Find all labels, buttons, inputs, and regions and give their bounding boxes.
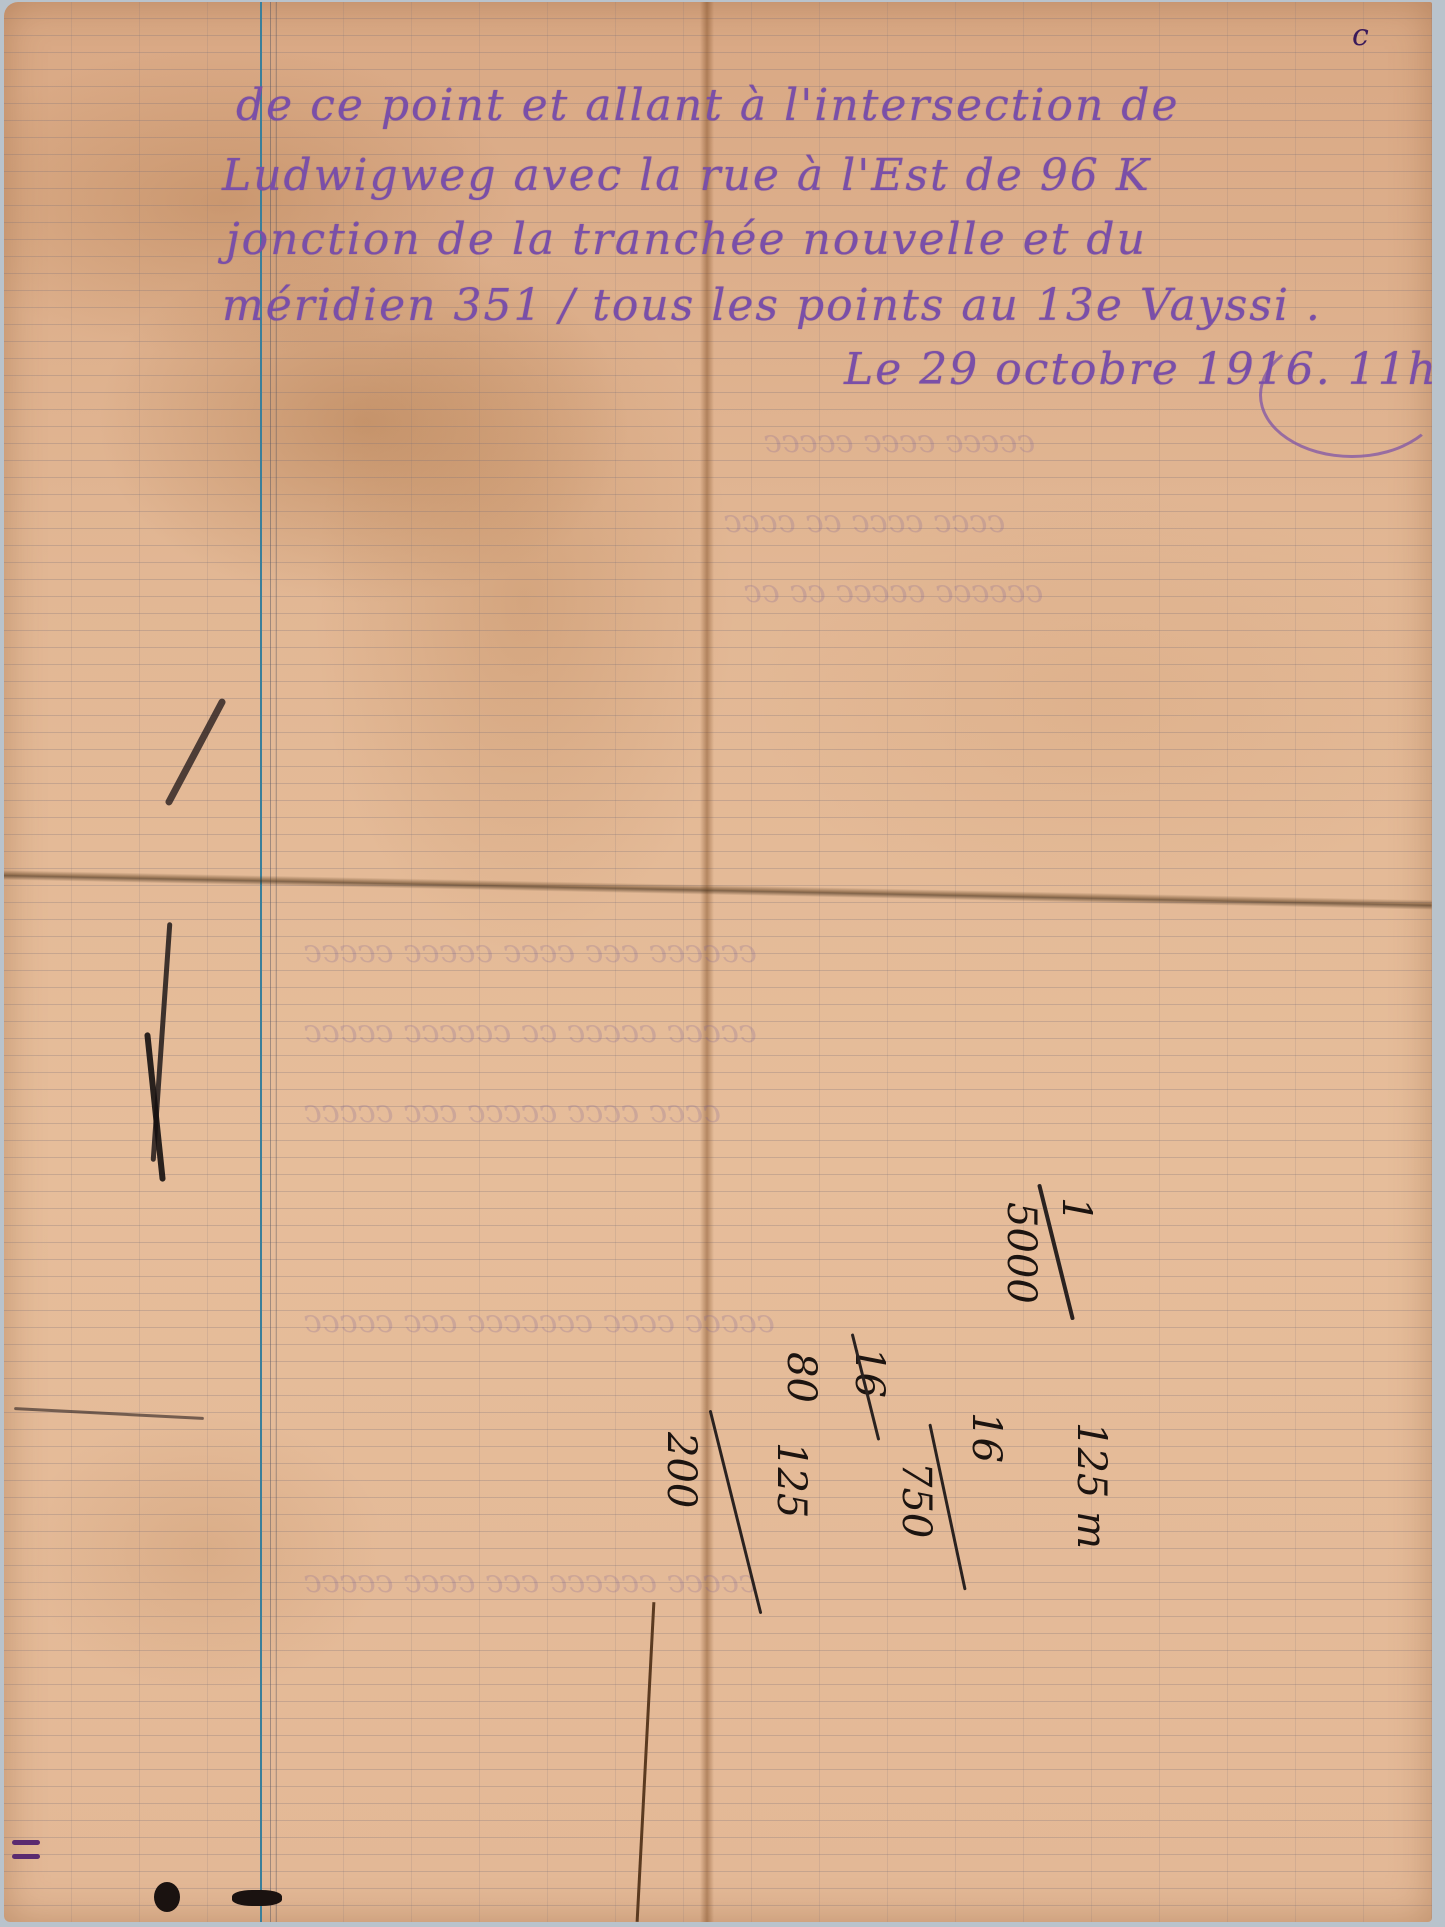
handwritten-line-1: de ce point et allant à l'intersection d… (236, 80, 1180, 131)
calc-multiplier-2: 16 (846, 1347, 892, 1398)
paper-sheet: ccccc cccc ccccc cccc cccc cc cccc ccccc… (4, 2, 1432, 1922)
calc-distance: 125 m (1068, 1422, 1114, 1549)
bleed-through-text: ccccc cccccc ccc cccc ccccc (304, 1562, 757, 1600)
handwritten-line-4: méridien 351 / tous les points au 13e Va… (222, 280, 1322, 331)
violet-mark (12, 1840, 40, 1845)
bleed-through-text: cccc cccc cc cccc (724, 502, 1005, 540)
calc-partial: 125 (768, 1442, 814, 1518)
ink-blot (232, 1890, 282, 1906)
ink-blot (154, 1882, 180, 1912)
bleed-through-text: ccccc ccccc cc cccccc ccccc (304, 1012, 757, 1050)
bleed-through-text: ccccc cccc ccccccc ccc ccccc (304, 1302, 775, 1340)
signature-flourish (1259, 332, 1432, 458)
handwritten-line-3: jonction de la tranchée nouvelle et du (226, 214, 1147, 265)
bleed-through-text: cccccc ccccc cc cc (744, 572, 1043, 610)
calc-multiplier: 16 (963, 1412, 1009, 1463)
calc-result-2: 200 (658, 1432, 704, 1508)
calc-result-1: 80 (778, 1352, 824, 1403)
corner-mark: c (1352, 18, 1369, 53)
calc-denominator: 5000 (998, 1202, 1044, 1304)
bleed-through-text: ccccc cccc ccccc (764, 422, 1035, 460)
calc-product: 750 (893, 1462, 939, 1538)
handwritten-line-2: Ludwigweg avec la rue à l'Est de 96 K (222, 150, 1151, 201)
calc-numerator: 1 (1053, 1197, 1099, 1222)
bleed-through-text: cccccc ccc cccc ccccc ccccc (304, 932, 757, 970)
bleed-through-text: cccc cccc ccccc ccc ccccc (304, 1092, 721, 1130)
violet-mark (12, 1854, 40, 1859)
